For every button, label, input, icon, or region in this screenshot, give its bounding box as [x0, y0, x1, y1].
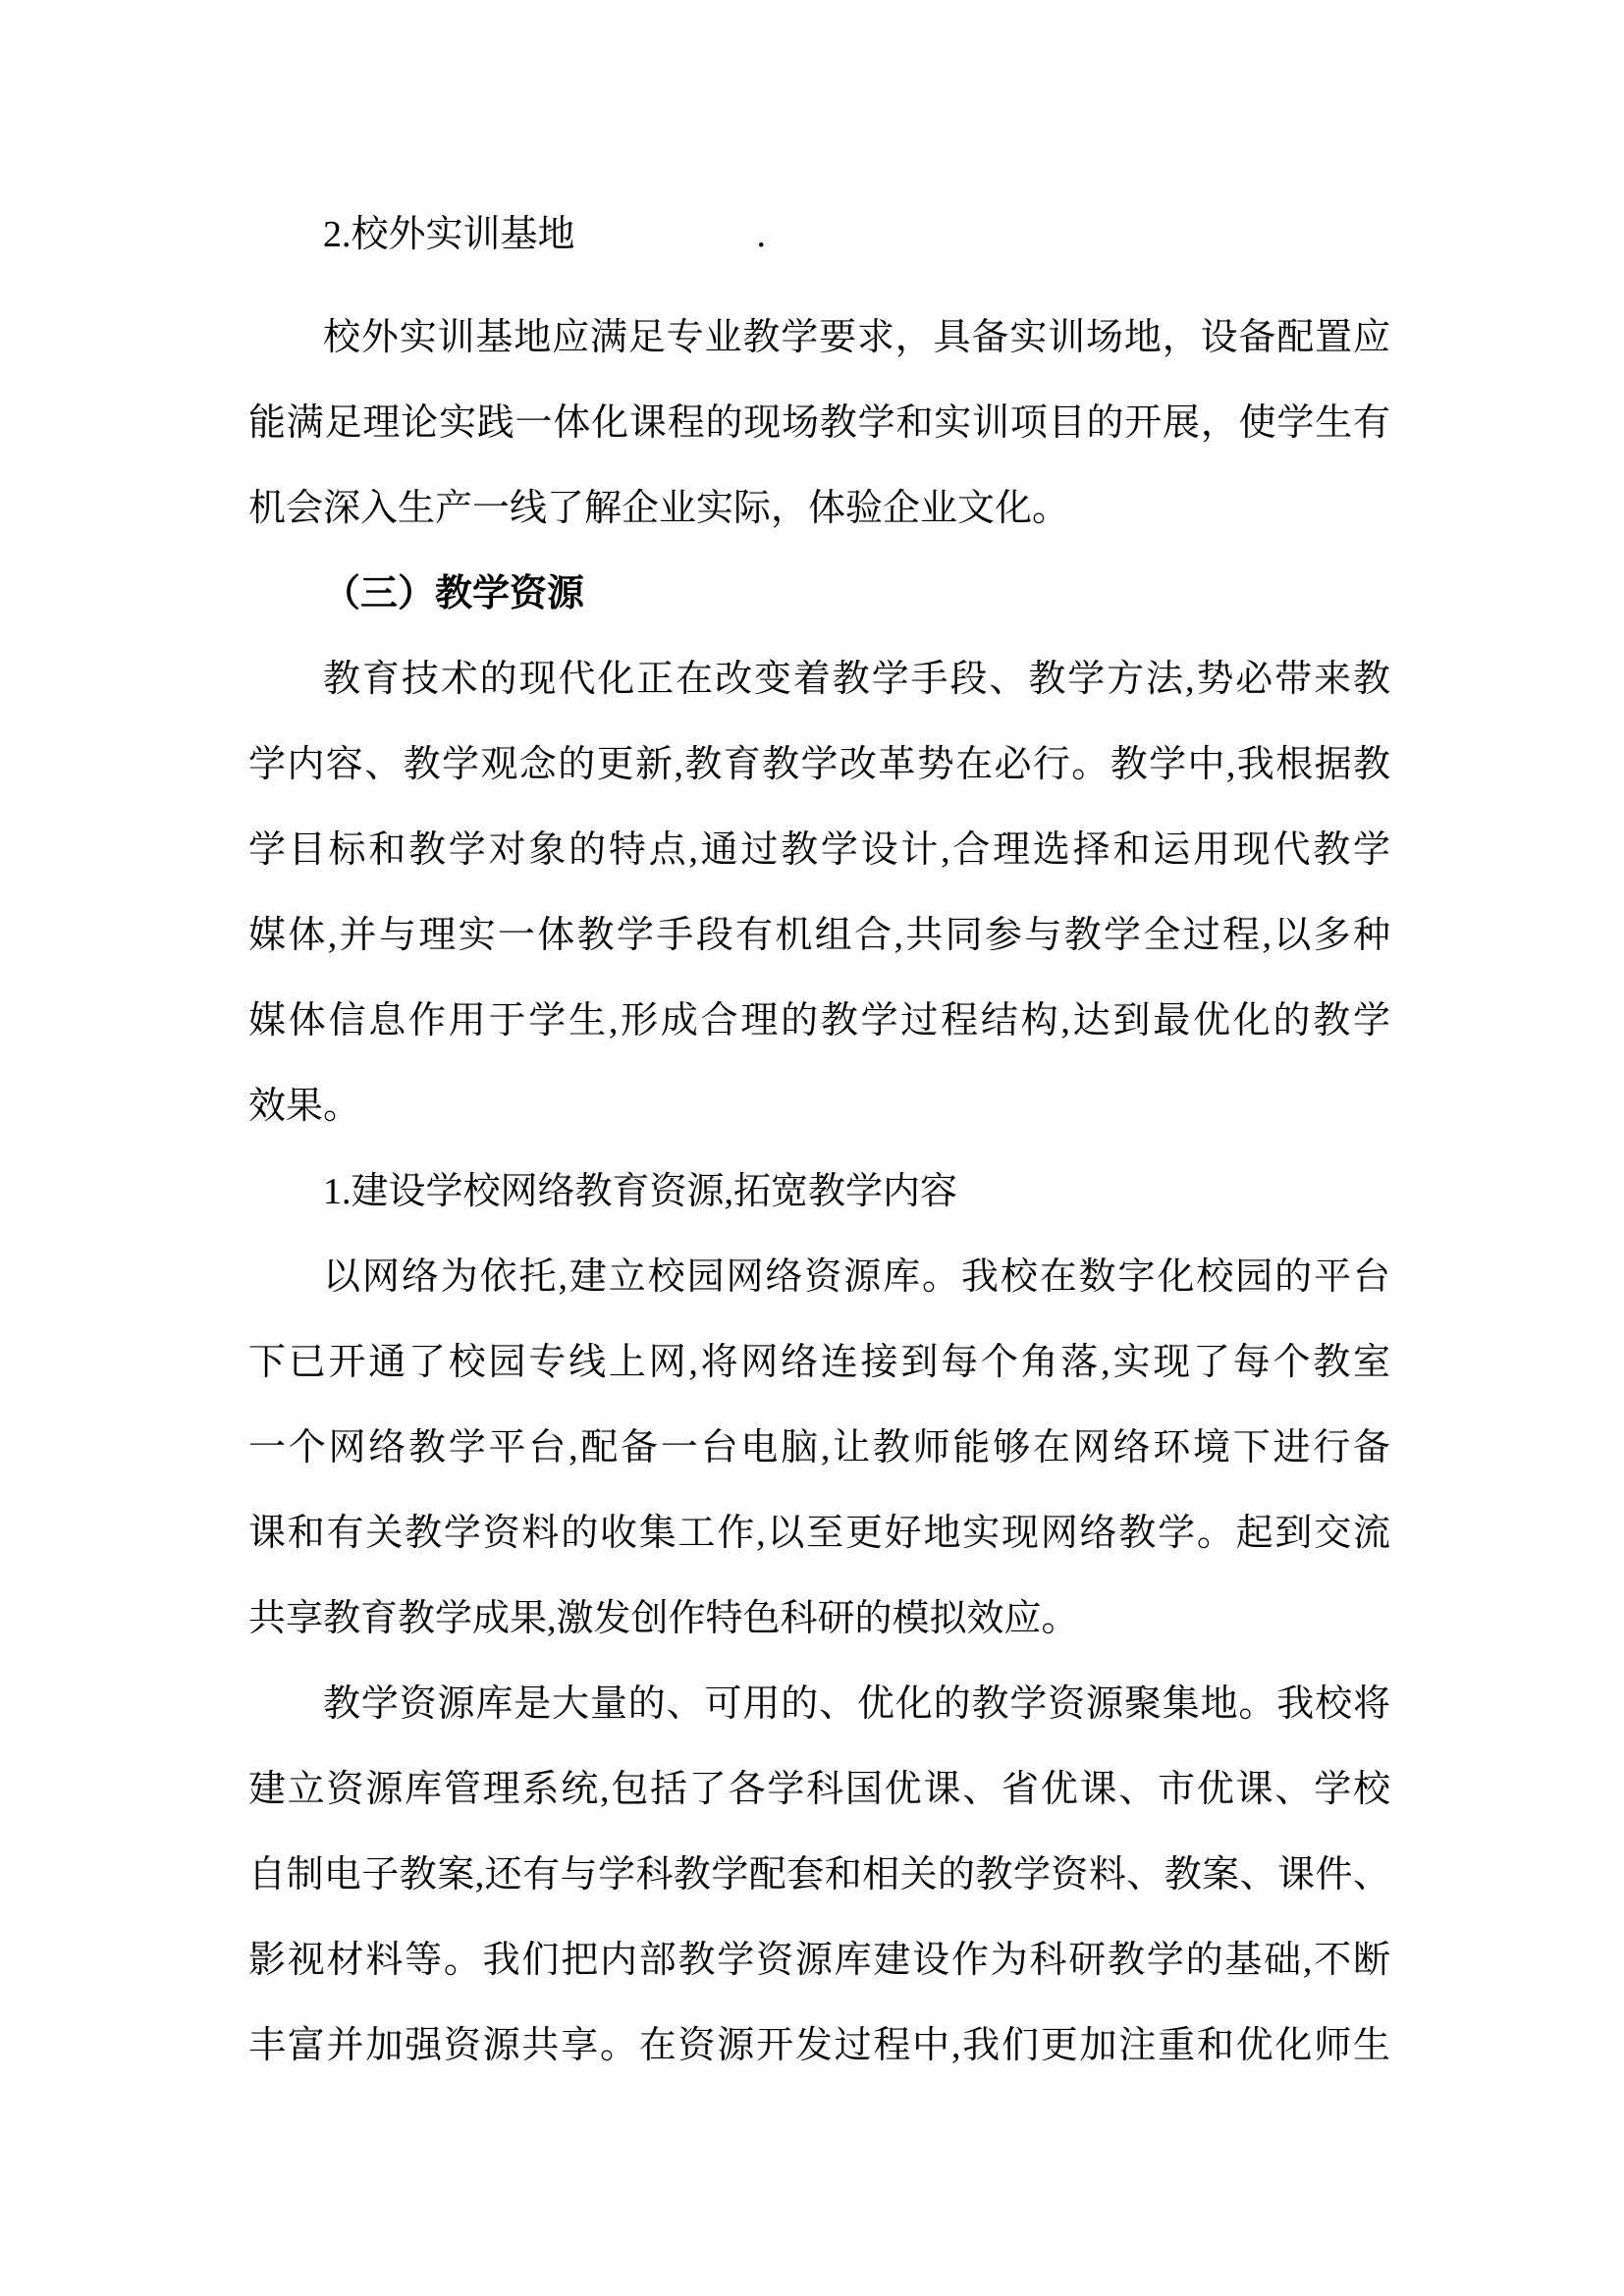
heading-line: （三）教学资源: [248, 552, 1390, 637]
text-line: 共享教育教学成果,激发创作特色科研的模拟效应。: [248, 1576, 1390, 1662]
paragraph: 教育技术的现代化正在改变着教学手段、教学方法,势必带来教学内容、教学观念的更新,…: [248, 637, 1390, 1149]
text-line: 校外实训基地应满足专业教学要求，具备实训场地，设备配置应: [248, 295, 1390, 381]
text-line: 以网络为依托,建立校园网络资源库。我校在数字化校园的平台: [248, 1235, 1390, 1320]
paragraph: 校外实训基地应满足专业教学要求，具备实训场地，设备配置应能满足理论实践一体化课程…: [248, 295, 1390, 552]
text-line: 下已开通了校园专线上网,将网络连接到每个角落,实现了每个教室: [248, 1320, 1390, 1406]
text-line: 机会深入生产一线了解企业实际，体验企业文化。: [248, 466, 1390, 552]
text-line: 媒体,并与理实一体教学手段有机组合,共同参与教学全过程,以多种: [248, 893, 1390, 979]
heading-text: 1.建设学校网络教育资源,拓宽教学内容: [323, 1171, 957, 1212]
heading-text: （三）教学资源: [323, 573, 584, 614]
text-line: 自制电子教案,还有与学科教学配套和相关的教学资料、教案、课件、: [248, 1833, 1390, 1918]
paragraph: 教学资源库是大量的、可用的、优化的教学资源聚集地。我校将建立资源库管理系统,包括…: [248, 1662, 1390, 2089]
paragraph: 以网络为依托,建立校园网络资源库。我校在数字化校园的平台下已开通了校园专线上网,…: [248, 1235, 1390, 1662]
heading-line: 2.校外实训基地.: [248, 192, 1390, 278]
numbered-heading: 1.建设学校网络教育资源,拓宽教学内容: [248, 1149, 1390, 1235]
document-page: 2.校外实训基地.校外实训基地应满足专业教学要求，具备实训场地，设备配置应能满足…: [0, 0, 1624, 2296]
text-line: 一个网络教学平台,配备一台电脑,让教师能够在网络环境下进行备: [248, 1406, 1390, 1491]
text-line: 效果。: [248, 1064, 1390, 1149]
text-line: 丰富并加强资源共享。在资源开发过程中,我们更加注重和优化师生: [248, 2003, 1390, 2089]
numbered-heading: 2.校外实训基地.: [248, 192, 1390, 278]
text-line: 课和有关教学资料的收集工作,以至更好地实现网络教学。起到交流: [248, 1491, 1390, 1576]
text-line: 教学资源库是大量的、可用的、优化的教学资源聚集地。我校将: [248, 1662, 1390, 1747]
text-line: 教育技术的现代化正在改变着教学手段、教学方法,势必带来教: [248, 637, 1390, 722]
text-line: 建立资源库管理系统,包括了各学科国优课、省优课、市优课、学校: [248, 1747, 1390, 1833]
document-content: 2.校外实训基地.校外实训基地应满足专业教学要求，具备实训场地，设备配置应能满足…: [248, 192, 1390, 2089]
text-line: 学内容、教学观念的更新,教育教学改革势在必行。教学中,我根据教: [248, 722, 1390, 808]
heading-line: 1.建设学校网络教育资源,拓宽教学内容: [248, 1149, 1390, 1235]
text-line: 能满足理论实践一体化课程的现场教学和实训项目的开展，使学生有: [248, 381, 1390, 466]
bold-heading: （三）教学资源: [248, 552, 1390, 637]
text-line: 影视材料等。我们把内部教学资源库建设作为科研教学的基础,不断: [248, 1918, 1390, 2003]
text-line: 学目标和教学对象的特点,通过教学设计,合理选择和运用现代教学: [248, 808, 1390, 893]
trailing-period: .: [757, 214, 767, 255]
text-line: 媒体信息作用于学生,形成合理的教学过程结构,达到最优化的教学: [248, 979, 1390, 1064]
heading-text: 2.校外实训基地: [323, 214, 575, 255]
